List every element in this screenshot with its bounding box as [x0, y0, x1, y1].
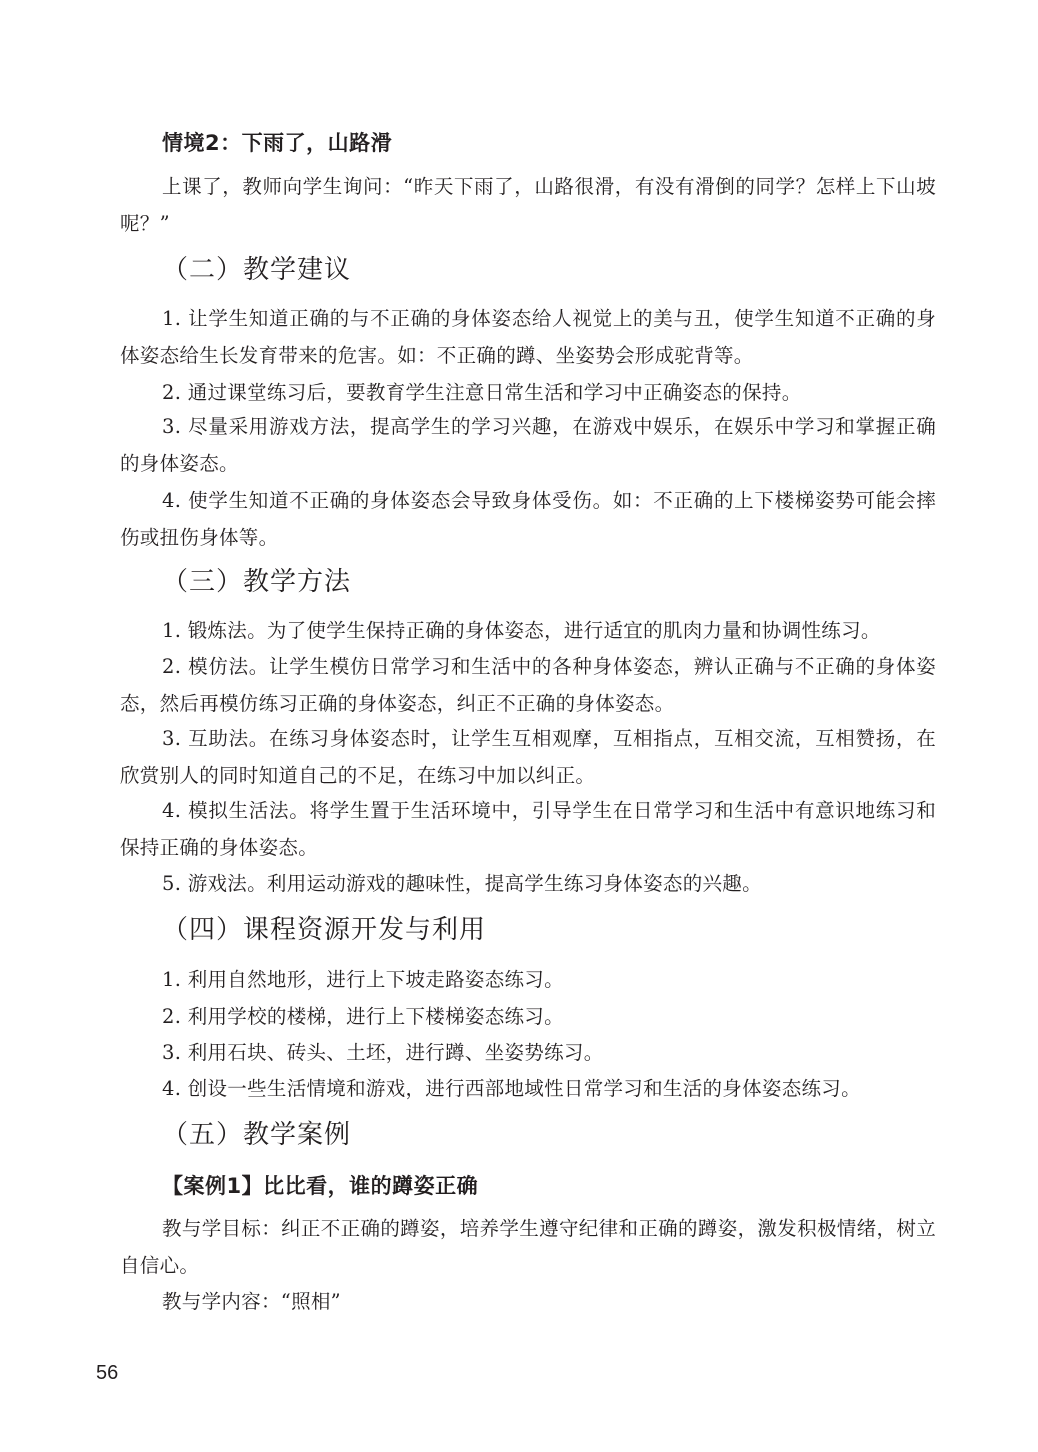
- section-2-item-2: 2. 通过课堂练习后，要教育学生注意日常生活和学习中正确姿态的保持。: [120, 374, 936, 411]
- case-1-title: 【案例1】比比看，谁的蹲姿正确: [120, 1171, 978, 1201]
- section-2-item-3: 3. 尽量采用游戏方法，提高学生的学习兴趣，在游戏中娱乐，在娱乐中学习和掌握正确…: [120, 408, 936, 482]
- section-2-item-1: 1. 让学生知道正确的与不正确的身体姿态给人视觉上的美与丑，使学生知道不正确的身…: [120, 300, 936, 374]
- section-4-item-1: 1. 利用自然地形，进行上下坡走路姿态练习。: [120, 961, 936, 998]
- section-5-heading: （五）教学案例: [120, 1117, 978, 1153]
- section-4-item-2: 2. 利用学校的楼梯，进行上下楼梯姿态练习。: [120, 998, 936, 1035]
- section-2-item-4: 4. 使学生知道不正确的身体姿态会导致身体受伤。如：不正确的上下楼梯姿势可能会摔…: [120, 482, 936, 556]
- section-3-item-4: 4. 模拟生活法。将学生置于生活环境中，引导学生在日常学习和生活中有意识地练习和…: [120, 792, 936, 866]
- section-4-item-3: 3. 利用石块、砖头、土坯，进行蹲、坐姿势练习。: [120, 1034, 936, 1071]
- section-3-item-5: 5. 游戏法。利用运动游戏的趣味性，提高学生练习身体姿态的兴趣。: [120, 865, 936, 902]
- section-4-item-4: 4. 创设一些生活情境和游戏，进行西部地域性日常学习和生活的身体姿态练习。: [120, 1070, 936, 1107]
- section-2-heading: （二）教学建议: [120, 252, 978, 288]
- case-1-goal: 教与学目标：纠正不正确的蹲姿，培养学生遵守纪律和正确的蹲姿，激发积极情绪，树立自…: [120, 1210, 936, 1284]
- section-3-heading: （三）教学方法: [120, 564, 978, 600]
- section-4-heading: （四）课程资源开发与利用: [120, 912, 978, 948]
- scenario-2-title: 情境2：下雨了，山路滑: [120, 128, 978, 158]
- section-3-item-3: 3. 互助法。在练习身体姿态时，让学生互相观摩，互相指点，互相交流，互相赞扬，在…: [120, 720, 936, 794]
- section-3-item-1: 1. 锻炼法。为了使学生保持正确的身体姿态，进行适宜的肌肉力量和协调性练习。: [120, 612, 936, 649]
- page-number: 56: [96, 1362, 118, 1385]
- scenario-2-paragraph: 上课了，教师向学生询问：“昨天下雨了，山路很滑，有没有滑倒的同学？怎样上下山坡呢…: [120, 168, 936, 242]
- case-1-content: 教与学内容：“照相”: [120, 1283, 936, 1320]
- section-3-item-2: 2. 模仿法。让学生模仿日常学习和生活中的各种身体姿态，辨认正确与不正确的身体姿…: [120, 648, 936, 722]
